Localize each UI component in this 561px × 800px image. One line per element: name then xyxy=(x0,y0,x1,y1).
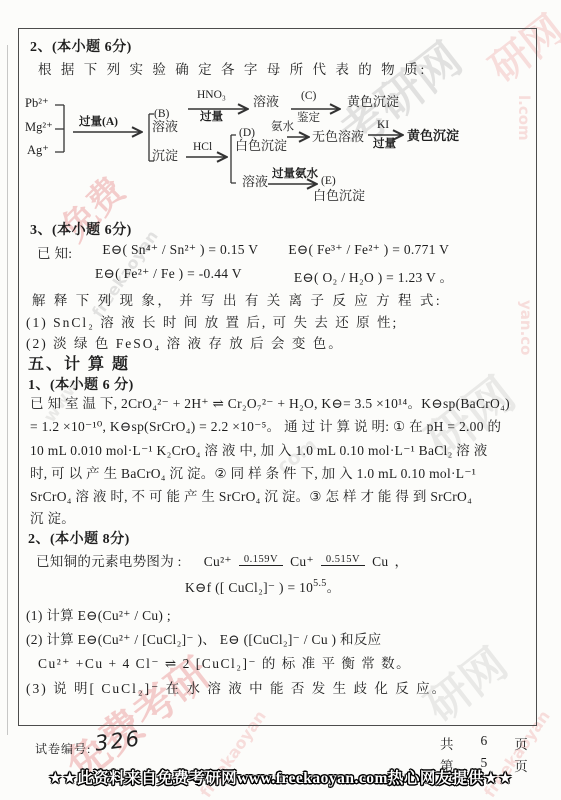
q2-prompt: 根 据 下 列 实 验 确 定 各 字 母 所 代 表 的 物 质: xyxy=(38,58,427,78)
scan-edge-artifact xyxy=(7,45,8,735)
q3-potentials-row2: E⊖( Fe²⁺ / Fe ) = -0.44 V E⊖( O₂ / H₂O )… xyxy=(95,266,453,286)
s5q1-line5: SrCrO₄ 溶 液 时, 不 可 能 产 生 SrCrO₄ 沉 淀。③ 怎 样… xyxy=(30,485,472,505)
s5q2-kf-line: K⊖f ([ CuCl₂]⁻ ) = 105.5。 xyxy=(185,576,340,596)
q3-instruction: 解 释 下 列 现 象， 并 写 出 有 关 离 子 反 应 方 程 式: xyxy=(32,289,442,309)
s5q1-line4: 时, 可 以 产 生 BaCrO₄ 沉 淀。② 同 样 条 件 下, 加 入 1… xyxy=(30,462,476,482)
flow-hcl: HCl xyxy=(193,141,212,153)
s5q2-potential-diagram: 已知铜的元素电势图为 : Cu²⁺ 0.159V Cu⁺ 0.515V Cu ， xyxy=(36,550,408,570)
flow-yellow-ppt2: 黄色沉淀 xyxy=(407,129,459,143)
s5q2-item2b: Cu²⁺ +Cu + 4 Cl⁻ ⇌ 2 [CuCl₂]⁻ 的 标 准 平 衡 … xyxy=(38,652,411,672)
flow-reagent-a: 过量(A) xyxy=(79,116,118,128)
paper-number-handwritten: 326 xyxy=(94,726,143,755)
s5q1-line3: 10 mL 0.010 mol·L⁻¹ K₂CrO₄ 溶 液 中, 加 入 1.… xyxy=(30,439,488,459)
scanned-exam-page: 考研网 研网 l.com freekaoyan 免费 研网 yan.co com… xyxy=(0,0,561,800)
flow-solution2: 溶液 xyxy=(253,95,279,109)
s5q2-item3: (3) 说 明[ CuCl₂]⁻ 在 水 溶 液 中 能 否 发 生 歧 化 反… xyxy=(26,677,447,697)
diagram-species-cu2: Cu²⁺ xyxy=(204,554,232,570)
total-pages-prefix: 共 xyxy=(440,733,455,753)
flow-ion-mg: Mg²⁺ xyxy=(25,121,53,134)
flow-excess-ammonia: 过量氨水 xyxy=(272,168,318,180)
flow-ki: KI xyxy=(377,119,389,131)
q3-potential-3: E⊖( Fe²⁺ / Fe ) = -0.44 V xyxy=(95,266,242,286)
flow-solution3: 溶液 xyxy=(242,175,268,189)
flow-white-ppt1: 白色沉淀 xyxy=(235,139,287,153)
bottom-banner: ★★此资料来自免费考研网www.freekaoyan.com热心网友提供★★ xyxy=(0,766,561,788)
s5q2-intro: 已知铜的元素电势图为 : xyxy=(36,550,182,570)
s5q1-line2: = 1.2 ×10⁻¹⁰, K⊖sp(SrCrO₄) = 2.2 ×10⁻⁵。 … xyxy=(30,415,501,435)
kf-suffix: 。 xyxy=(327,580,341,595)
q3-potentials-row1: 已 知: E⊖( Sn⁴⁺ / Sn²⁺ ) = 0.15 V E⊖( Fe³⁺… xyxy=(37,242,449,262)
kf-prefix: K⊖f ([ CuCl₂]⁻ ) = 10 xyxy=(185,580,313,595)
section5-title: 五、计 算 题 xyxy=(28,351,130,374)
diagram-tail: ， xyxy=(394,550,408,570)
s5q1-line1: 已 知 室 温 下, 2CrO₄²⁻ + 2H⁺ ⇌ Cr₂O₇²⁻ + H₂O… xyxy=(30,392,510,412)
flow-e-label: (E) xyxy=(321,175,336,187)
q2-flowchart: Pb²⁺ Mg²⁺ Ag⁺ 过量(A) (B) 溶液 沉淀 HNO₃ 过量 溶液… xyxy=(25,87,515,207)
flow-hno3-note: 过量 xyxy=(200,111,223,123)
flow-precipitate1: 沉淀 xyxy=(152,149,178,163)
s5q1-title: 1、(本小题 6 分) xyxy=(28,374,134,394)
total-pages-number: 6 xyxy=(481,733,489,753)
page-count-total: 共 6 页 xyxy=(440,733,529,753)
flow-yellow-ppt1: 黄色沉淀 xyxy=(347,95,399,109)
s5q2-item2: (2) 计算 E⊖(Cu²⁺ / [CuCl₂]⁻ )、 E⊖ ([CuCl₂]… xyxy=(26,628,381,648)
q3-potential-1: E⊖( Sn⁴⁺ / Sn²⁺ ) = 0.15 V xyxy=(102,242,258,262)
flow-b-solution: 溶液 xyxy=(152,120,178,134)
diagram-potential-2: 0.515V xyxy=(321,554,365,566)
q3-potential-4: E⊖( O₂ / H₂O ) = 1.23 V 。 xyxy=(294,266,453,286)
paper-number-label: 试卷编号: xyxy=(35,740,91,757)
flow-white-ppt2: 白色沉淀 xyxy=(313,189,365,203)
flow-ion-pb: Pb²⁺ xyxy=(25,97,49,110)
s5q2-item1: (1) 计算 E⊖(Cu²⁺ / Cu) ; xyxy=(26,604,171,624)
flow-ion-ag: Ag⁺ xyxy=(27,144,49,157)
flow-ki-note: 过量 xyxy=(373,138,396,150)
q3-item2: (2) 淡 绿 色 FeSO₄ 溶 液 存 放 后 会 变 色。 xyxy=(26,332,344,352)
total-pages-suffix: 页 xyxy=(514,733,529,753)
diagram-potential-1: 0.159V xyxy=(239,554,283,566)
q2-title: 2、(本小题 6分) xyxy=(30,36,132,56)
q3-item1: (1) SnCl₂ 溶 液 长 时 间 放 置 后, 可 失 去 还 原 性; xyxy=(26,311,398,331)
kf-exponent: 5.5 xyxy=(313,578,326,589)
diagram-species-cu1: Cu⁺ xyxy=(290,554,314,570)
q3-potential-2: E⊖( Fe³⁺ / Fe²⁺ ) = 0.771 V xyxy=(288,242,449,262)
flow-colorless-solution: 无色溶液 xyxy=(312,130,364,144)
flow-ammonia: 氨水 xyxy=(271,121,294,133)
diagram-species-cu0: Cu xyxy=(372,554,388,570)
s5q2-title: 2、(本小题 8分) xyxy=(28,528,130,548)
s5q1-line6: 沉 淀。 xyxy=(30,507,75,527)
flow-c-label: (C) xyxy=(301,90,316,102)
q3-title: 3、(本小题 6分) xyxy=(30,219,132,239)
flow-hno3: HNO₃ xyxy=(197,89,226,101)
q3-known-label: 已 知: xyxy=(37,242,72,262)
flow-c-note: 鉴定 xyxy=(297,112,320,124)
